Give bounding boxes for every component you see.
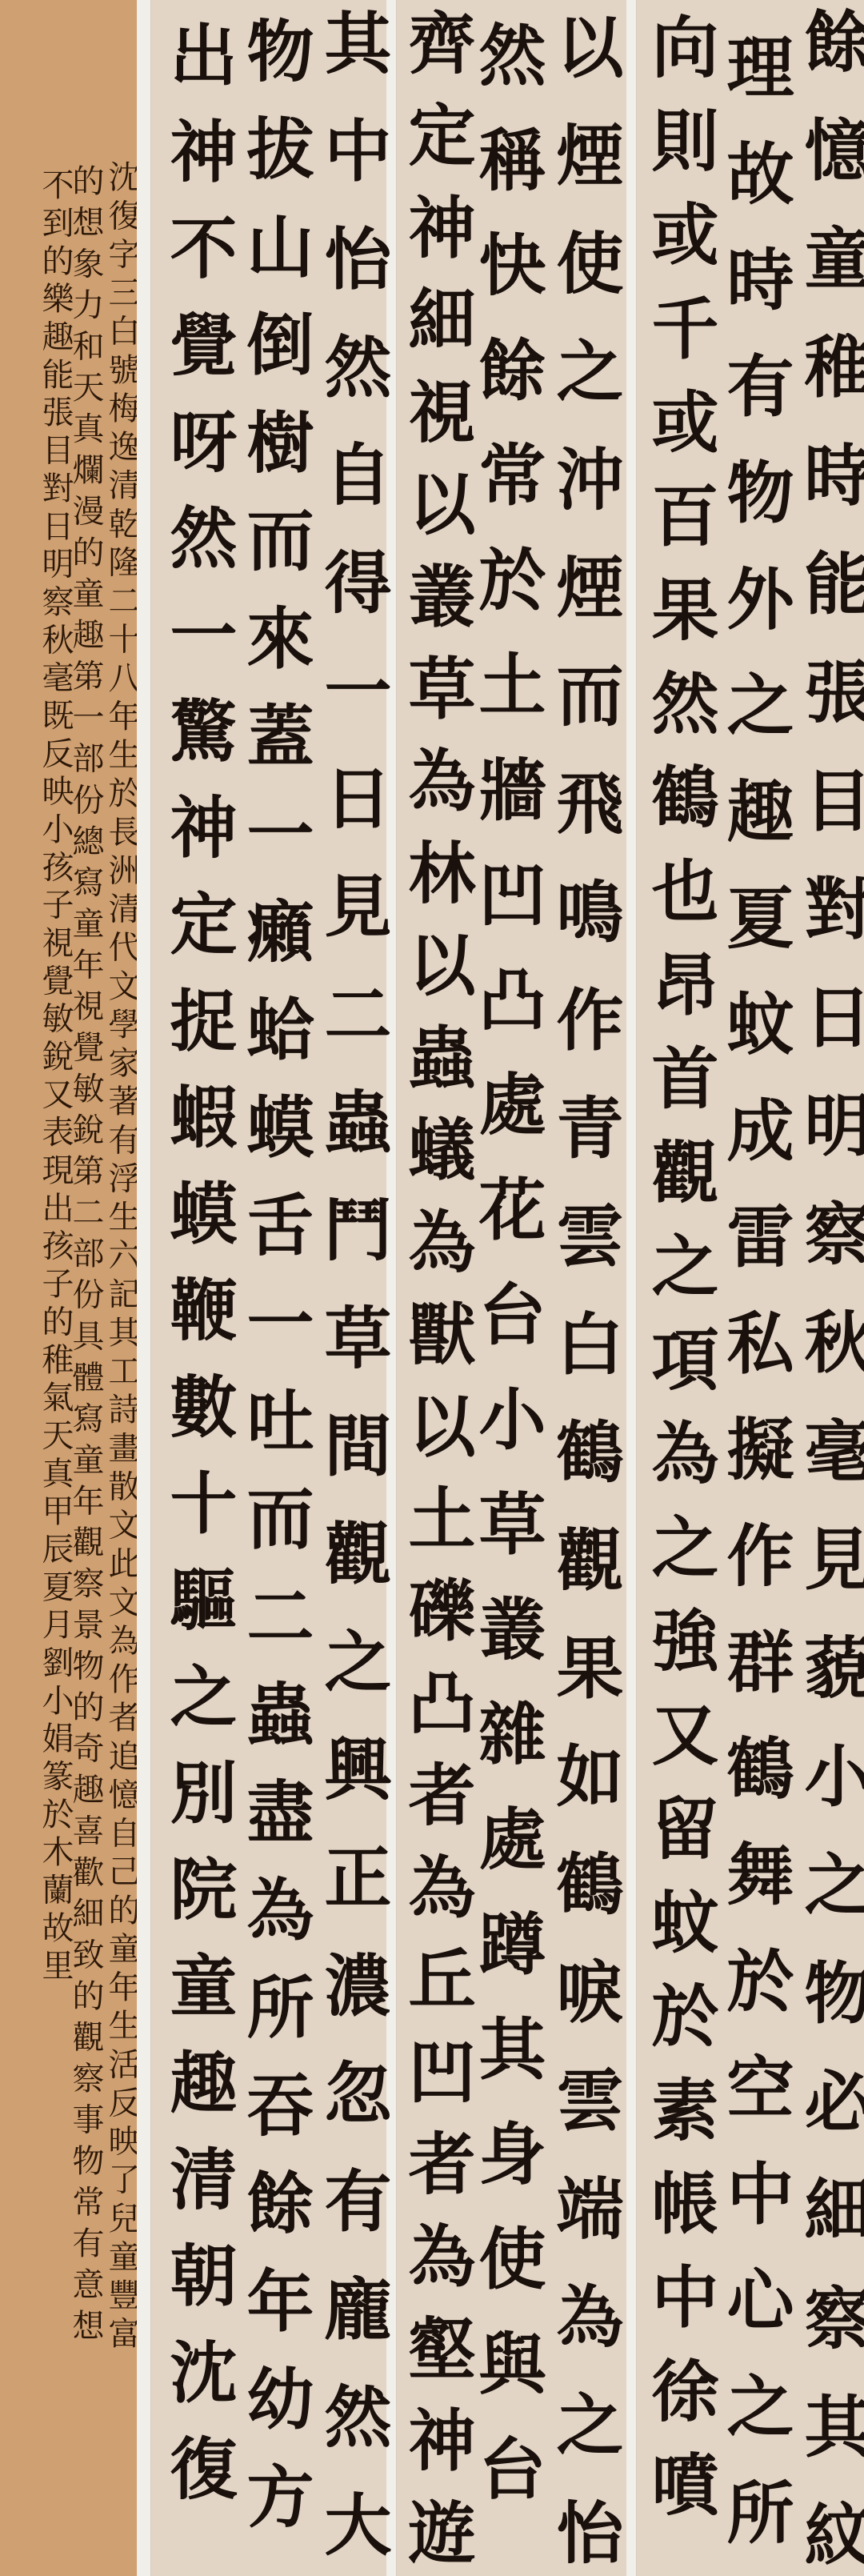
seal-column-text: 出神不覺呀然一驚神定捉蝦蟆鞭數十驅之別院 xyxy=(159,20,238,1951)
colophon-text: 不到的樂趣能張目對日明察秋毫既反映小孩子視覺敏銳又表現出孩子的稚氣天真 xyxy=(37,168,74,1494)
seal-column-4: 以煙使之沖煙而飛鳴作青雲白鶴觀果如鶴唳雲端為之怡 xyxy=(542,12,618,2565)
seal-column-1: 餘憶童稚時能張目對日明察秋毫見藐小之物必細察其紋 xyxy=(790,6,864,2567)
signature-title: 童趣 xyxy=(159,1951,238,2144)
panel-gap xyxy=(137,0,150,2576)
colophon-column-3: 不到的樂趣能張目對日明察秋毫既反映小孩子視覺敏銳又表現出孩子的稚氣天真甲辰夏月劉… xyxy=(36,168,71,1981)
signature-author: 清朝沈復 xyxy=(159,2144,238,2501)
seal-column-8: 物拔山倒樹而來蓋一癩蛤蟆舌一吐而二蟲盡為所吞餘年幼方 xyxy=(232,16,309,2529)
colophon-panel: 沈復字三白號梅逸清乾隆二十八年生於長洲清代文學家著有浮生六記其工詩畫散文此文為作… xyxy=(0,0,137,2576)
seal-column-7: 其中怡然自得一日見二蟲鬥草間觀之興正濃忽有龐然大 xyxy=(310,8,386,2557)
seal-column-6: 齊定神細視以叢草為林以蟲蟻為獸以土礫凸者為丘凹者為壑神遊 xyxy=(394,8,470,2565)
seal-column-9: 出神不覺呀然一驚神定捉蝦蟆鞭數十驅之別院童趣清朝沈復 xyxy=(155,20,232,2501)
colophon-inscription: 甲辰夏月劉小娟篆於木蘭故里 xyxy=(37,1494,74,1981)
seal-column-3: 向則或千或百果然鶴也昂首觀之項為之強又留蚊於素帳中徐噴 xyxy=(637,12,714,2517)
panel-gap xyxy=(626,0,636,2576)
colophon-column-1: 沈復字三白號梅逸清乾隆二十八年生於長洲清代文學家著有浮生六記其工詩畫散文此文為作… xyxy=(102,160,138,2349)
seal-column-2: 理故時有物外之趣夏蚊成雷私擬作群鶴舞於空中心之所 xyxy=(712,32,789,2545)
